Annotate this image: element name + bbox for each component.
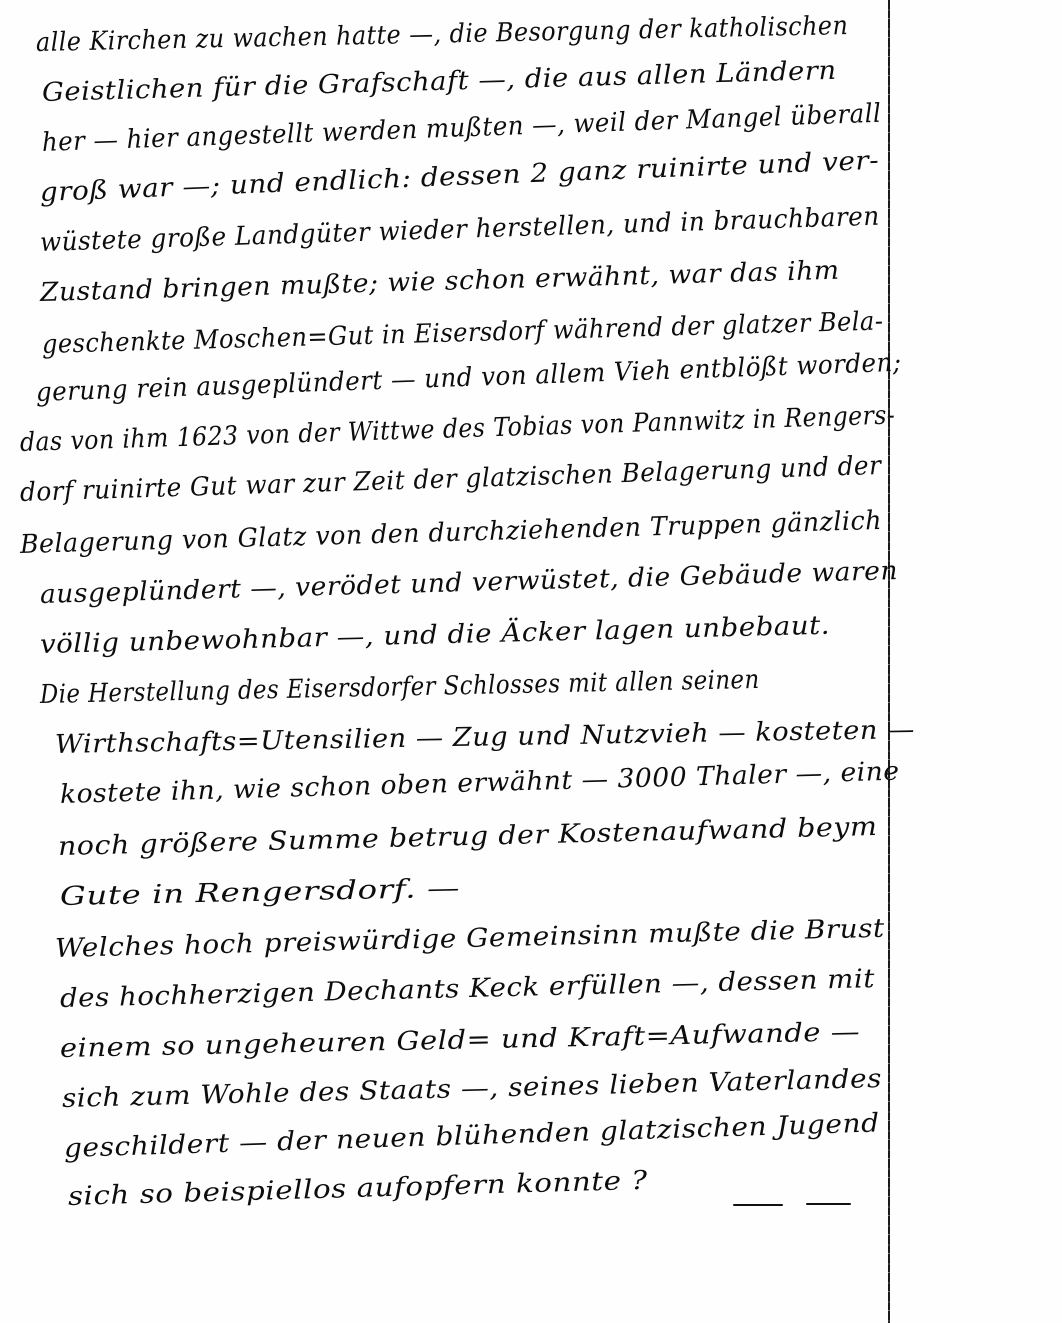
manuscript-line: groß war —; und endlich: dessen 2 ganz r… bbox=[39, 146, 879, 208]
closing-dash bbox=[733, 1204, 783, 1206]
manuscript-line: dorf ruinirte Gut war zur Zeit der glatz… bbox=[20, 451, 882, 508]
manuscript-line: Welches hoch preiswürdige Gemeinsinn muß… bbox=[55, 914, 885, 964]
manuscript-line: Belagerung von Glatz von den durchziehen… bbox=[20, 506, 883, 560]
manuscript-line: des hochherzigen Dechants Keck erfüllen … bbox=[60, 964, 876, 1014]
manuscript-line: gerung rein ausgeplündert — und von alle… bbox=[35, 348, 902, 408]
manuscript-line: Gute in Rengersdorf. — bbox=[60, 874, 461, 912]
manuscript-line: sich so beispiellos aufopfern konnte ? bbox=[68, 1166, 648, 1212]
closing-dash bbox=[806, 1203, 851, 1205]
manuscript-line: Geistlichen für die Grafschaft —, die au… bbox=[42, 56, 837, 108]
manuscript-line: sich zum Wohle des Staats —, seines lieb… bbox=[62, 1064, 883, 1114]
manuscript-line: geschildert — der neuen blühenden glatzi… bbox=[64, 1108, 881, 1164]
manuscript-line: noch größere Summe betrug der Kostenaufw… bbox=[58, 812, 878, 862]
manuscript-line: Wirthschafts=Utensilien — Zug und Nutzvi… bbox=[55, 715, 915, 760]
manuscript-line: her — hier angestellt werden mußten —, w… bbox=[41, 99, 881, 158]
manuscript-line: kostete ihn, wie schon oben erwähnt — 30… bbox=[60, 757, 900, 810]
manuscript-line: alle Kirchen zu wachen hatte —, die Beso… bbox=[36, 11, 849, 58]
manuscript-line: Zustand bringen mußte; wie schon erwähnt… bbox=[40, 256, 840, 308]
manuscript-line: ausgeplündert —, verödet und verwüstet, … bbox=[40, 556, 899, 610]
manuscript-line: einem so ungeheuren Geld= und Kraft=Aufw… bbox=[60, 1017, 861, 1064]
margin-line bbox=[888, 0, 890, 1323]
manuscript-line: völlig unbewohnbar —, und die Äcker lage… bbox=[40, 611, 831, 660]
manuscript-line: Die Herstellung des Eisersdorfer Schloss… bbox=[40, 665, 760, 710]
manuscript-page: alle Kirchen zu wachen hatte —, die Beso… bbox=[0, 0, 1062, 1323]
manuscript-line: wüstete große Landgüter wieder herstelle… bbox=[40, 202, 881, 258]
manuscript-line: das von ihm 1623 von der Wittwe des Tobi… bbox=[20, 401, 896, 458]
